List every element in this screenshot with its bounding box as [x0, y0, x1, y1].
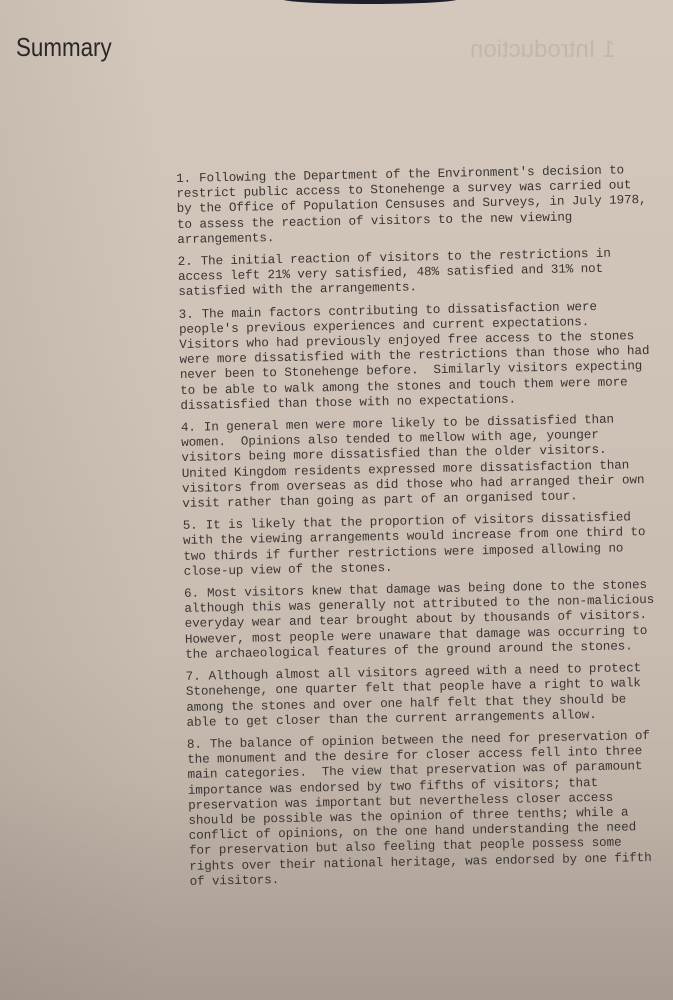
paragraph-text: Although almost all visitors agreed with…: [186, 661, 649, 729]
paragraph-number: 7.: [186, 670, 201, 684]
paragraph-number: 6.: [184, 587, 199, 601]
summary-paragraph-4: 4.In general men were more likely to be …: [181, 412, 653, 512]
summary-paragraph-6: 6.Most visitors knew that damage was bei…: [184, 578, 655, 663]
summary-paragraph-2: 2.The initial reaction of visitors to th…: [178, 246, 649, 301]
paragraph-number: 5.: [183, 519, 198, 533]
paragraph-number: 2.: [178, 255, 193, 269]
summary-paragraph-3: 3.The main factors contributing to dissa…: [179, 299, 651, 414]
paragraph-number: 4.: [181, 421, 196, 435]
paragraph-text: Following the Department of the Environm…: [176, 163, 654, 247]
page-title: Summary: [16, 32, 112, 63]
paragraph-number: 3.: [179, 307, 194, 321]
paragraph-text: The main factors contributing to dissati…: [179, 299, 657, 412]
paragraph-number: 8.: [187, 738, 202, 752]
paragraph-text: Most visitors knew that damage was being…: [184, 578, 662, 662]
binding-shadow: [282, 0, 458, 4]
summary-paragraph-5: 5.It is likely that the proportion of vi…: [183, 510, 654, 580]
paragraph-number: 1.: [176, 172, 191, 186]
paragraph-text: It is likely that the proportion of visi…: [183, 510, 653, 578]
paragraph-text: In general men were more likely to be di…: [181, 413, 652, 511]
paragraph-text: The balance of opinion between the need …: [187, 729, 659, 889]
summary-paragraph-1: 1.Following the Department of the Enviro…: [176, 163, 647, 248]
summary-paragraph-7: 7.Although almost all visitors agreed wi…: [186, 661, 657, 731]
paragraph-text: The initial reaction of visitors to the …: [178, 247, 618, 300]
summary-paragraph-8: 8.The balance of opinion between the nee…: [187, 729, 660, 890]
bleed-through-heading: 1 Introduction: [470, 36, 615, 64]
page-shadow-left: [0, 0, 160, 1000]
summary-body: 1.Following the Department of the Enviro…: [176, 163, 660, 897]
